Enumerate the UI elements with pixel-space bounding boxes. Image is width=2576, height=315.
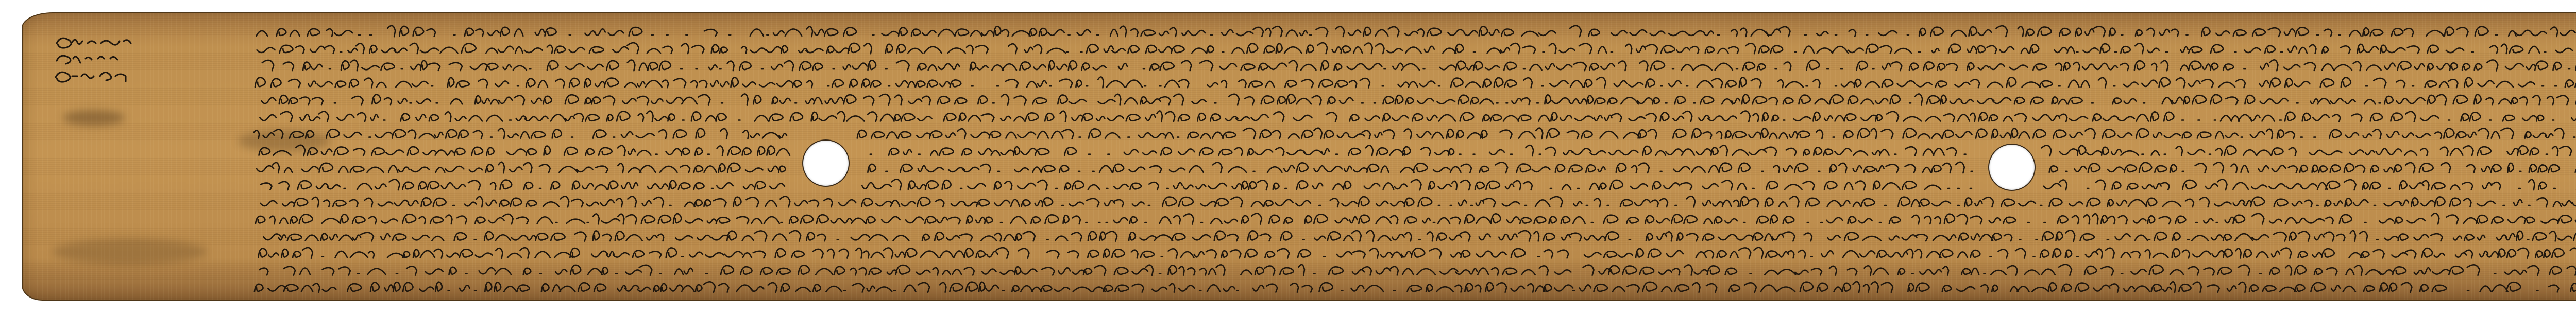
manuscript-line xyxy=(264,230,2576,241)
stain xyxy=(63,110,125,126)
manuscript-line xyxy=(257,43,2576,54)
manuscript-line xyxy=(257,162,2576,173)
manuscript-line xyxy=(260,111,2576,121)
stain xyxy=(53,239,207,265)
manuscript-text-block xyxy=(248,24,2576,296)
manuscript-line xyxy=(254,128,2576,139)
manuscript-line xyxy=(258,248,2576,258)
manuscript-line xyxy=(261,196,2576,207)
manuscript-line xyxy=(260,179,2576,190)
margin-annotation xyxy=(52,32,149,89)
manuscript-line xyxy=(261,94,2576,104)
manuscript-line xyxy=(260,265,2576,275)
palm-leaf xyxy=(22,12,2576,301)
manuscript-line xyxy=(262,60,2576,71)
manuscript-line xyxy=(259,145,2576,156)
manuscript-line xyxy=(255,77,2576,87)
binding-hole xyxy=(803,141,849,186)
binding-hole xyxy=(1989,145,2035,190)
manuscript-line xyxy=(256,26,2576,37)
manuscript-line xyxy=(256,213,2576,224)
manuscript-line xyxy=(255,282,2576,292)
